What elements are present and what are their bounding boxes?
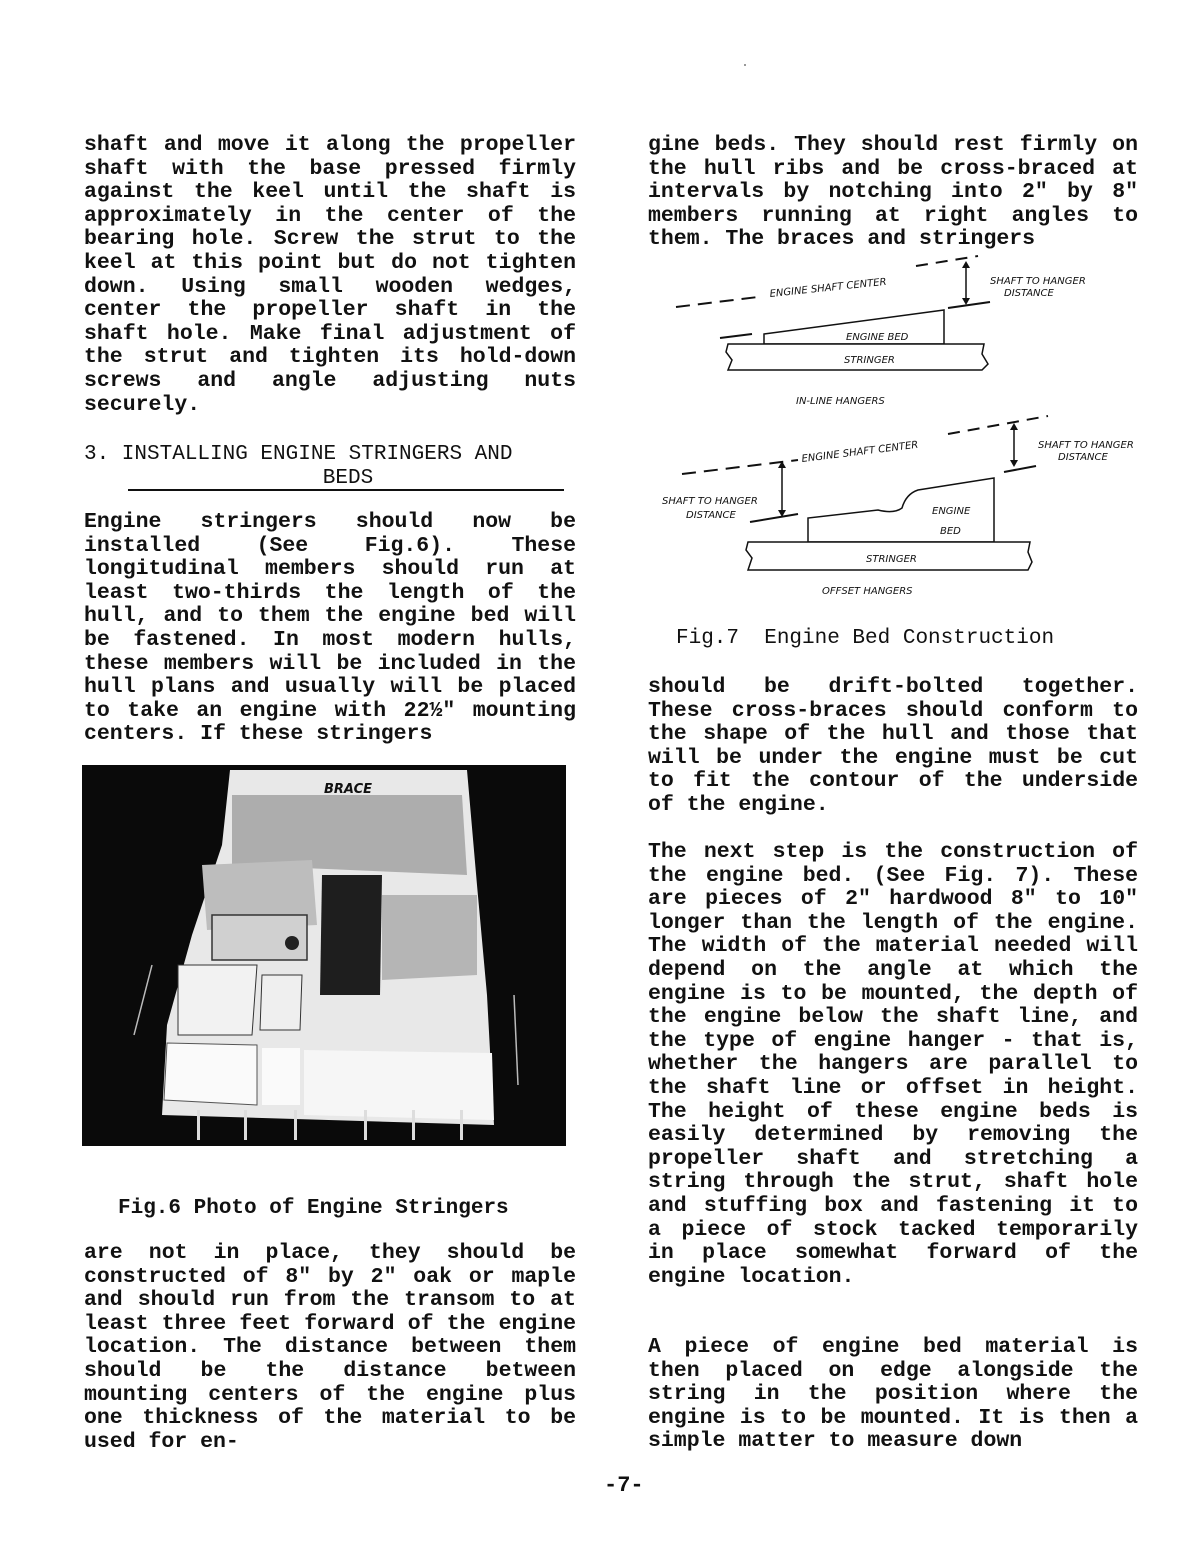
engine-stringers-photo-image: BRACE <box>82 765 566 1146</box>
paragraph-stringer-construction: are not in place, they should be constru… <box>84 1242 576 1454</box>
svg-text:ENGINE: ENGINE <box>932 506 971 517</box>
svg-text:STRINGER: STRINGER <box>844 355 895 366</box>
paragraph-engine-stringers: Engine stringers should now be installed… <box>84 511 576 747</box>
engine-bed-construction-drawing: ENGINE SHAFT CENTER SHAFT TO HANGER DIST… <box>648 252 1138 602</box>
right-column-bottom: A piece of engine bed material is then p… <box>648 1336 1138 1454</box>
svg-text:SHAFT TO HANGER: SHAFT TO HANGER <box>990 276 1086 287</box>
svg-text:SHAFT TO HANGER: SHAFT TO HANGER <box>1038 440 1134 451</box>
figure-7-caption-text: Fig.7 Engine Bed Construction <box>676 627 1054 650</box>
heading-underline <box>128 489 564 491</box>
figure-7-diagram: ENGINE SHAFT CENTER SHAFT TO HANGER DIST… <box>648 252 1138 602</box>
paragraph-bed-material: A piece of engine bed material is then p… <box>648 1336 1138 1454</box>
svg-text:ENGINE BED: ENGINE BED <box>846 332 909 343</box>
svg-text:ENGINE SHAFT CENTER: ENGINE SHAFT CENTER <box>801 440 919 465</box>
left-column-stringers: Engine stringers should now be installed… <box>84 511 576 747</box>
svg-text:IN-LINE HANGERS: IN-LINE HANGERS <box>796 396 885 407</box>
svg-text:ENGINE SHAFT CENTER: ENGINE SHAFT CENTER <box>769 277 887 300</box>
left-column-top: shaft and move it along the propeller sh… <box>84 134 576 417</box>
figure-6-photo: BRACE <box>82 765 566 1146</box>
right-column-drift-bolted: should be drift-bolted together. These c… <box>648 676 1138 818</box>
right-column-engine-bed: The next step is the construction of the… <box>648 841 1138 1289</box>
svg-text:SHAFT TO HANGER: SHAFT TO HANGER <box>662 496 758 507</box>
right-column-top: gine beds. They should rest firmly on th… <box>648 134 1138 252</box>
offset-hangers-diagram: ENGINE SHAFT CENTER SHAFT TO HANGER DIST… <box>662 416 1134 597</box>
paragraph-engine-bed-construction: The next step is the construction of the… <box>648 841 1138 1289</box>
paragraph-engine-beds: gine beds. They should rest firmly on th… <box>648 134 1138 252</box>
svg-text:DISTANCE: DISTANCE <box>686 510 736 521</box>
paragraph-cross-braces: should be drift-bolted together. These c… <box>648 676 1138 818</box>
section-heading-line-2: BEDS <box>84 467 566 491</box>
svg-text:STRINGER: STRINGER <box>866 554 917 565</box>
in-line-hangers-diagram: ENGINE SHAFT CENTER SHAFT TO HANGER DIST… <box>676 256 1086 407</box>
section-heading-line-1: 3. INSTALLING ENGINE STRINGERS AND <box>84 443 566 467</box>
paragraph-strut-adjustment: shaft and move it along the propeller sh… <box>84 134 576 417</box>
figure-7-caption: Fig.7 Engine Bed Construction <box>676 627 1054 651</box>
left-column-bottom: are not in place, they should be constru… <box>84 1242 576 1454</box>
figure-6-caption: Fig.6 Photo of Engine Stringers <box>118 1197 509 1221</box>
svg-text:BED: BED <box>940 526 961 537</box>
svg-text:DISTANCE: DISTANCE <box>1004 288 1054 299</box>
svg-text:DISTANCE: DISTANCE <box>1058 452 1108 463</box>
figure-6-caption-text: Fig.6 Photo of Engine Stringers <box>118 1197 509 1220</box>
photo-brace-label: BRACE <box>324 782 372 797</box>
section-heading: 3. INSTALLING ENGINE STRINGERS AND BEDS <box>84 443 566 491</box>
scan-speck <box>744 64 746 66</box>
svg-text:OFFSET HANGERS: OFFSET HANGERS <box>822 586 913 597</box>
page-number: -7- <box>604 1473 644 1498</box>
